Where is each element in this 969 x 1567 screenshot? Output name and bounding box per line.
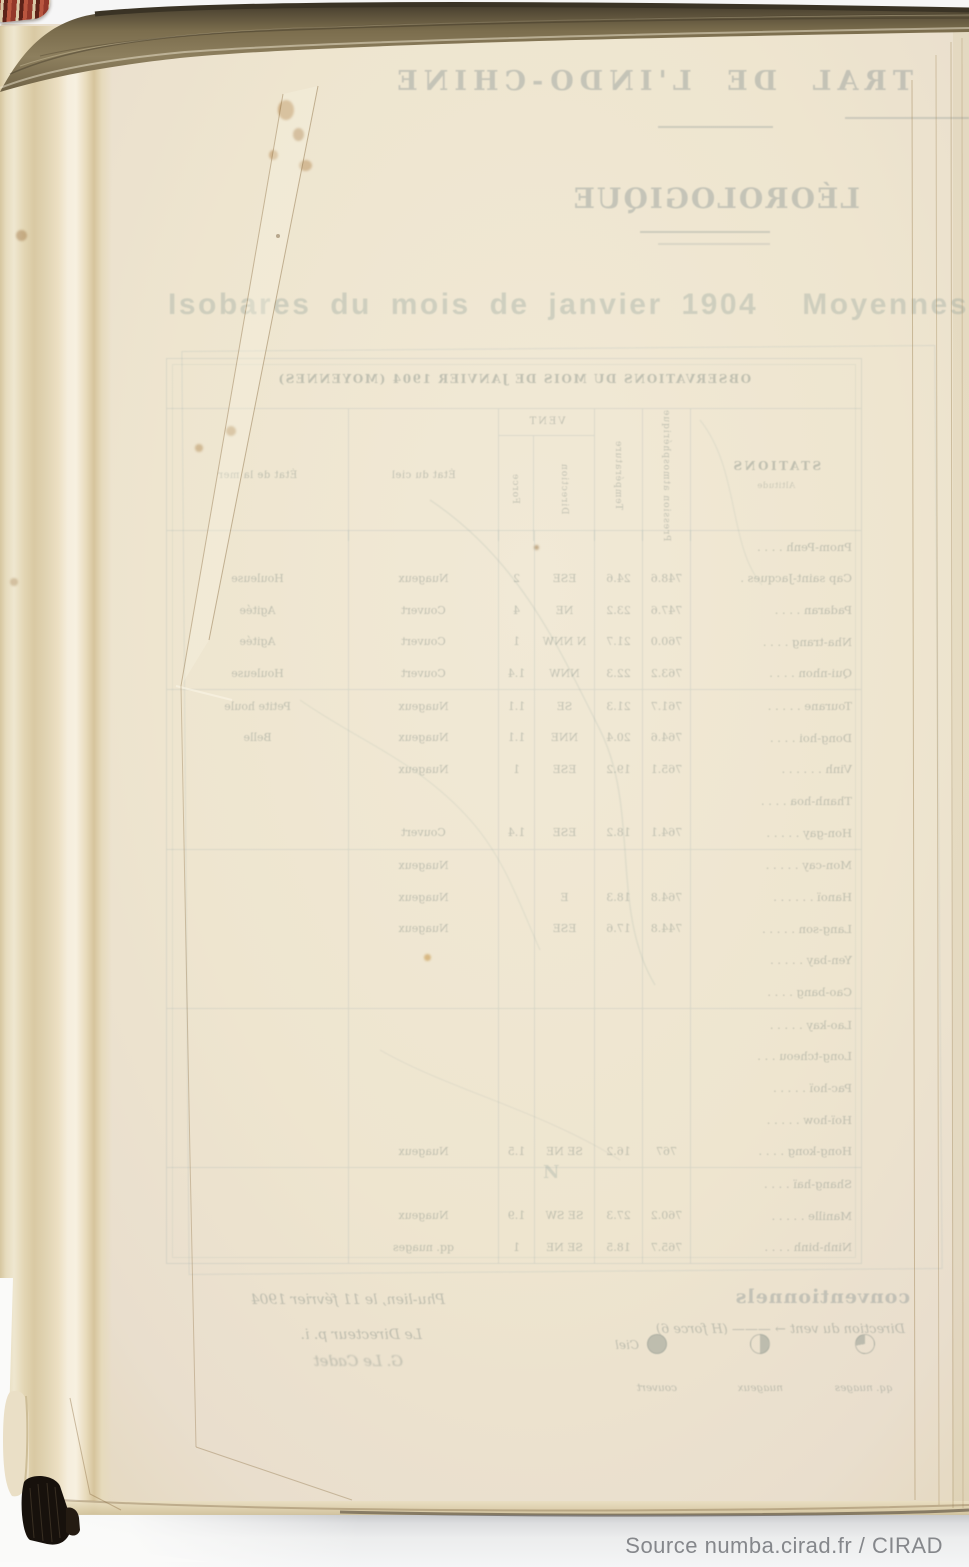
foxing-stain <box>16 230 27 241</box>
foxing-stain <box>269 150 278 160</box>
foxing-stain <box>293 128 304 141</box>
gutter-shading <box>0 26 112 1514</box>
foxing-stain <box>10 578 18 586</box>
foxing-stain <box>195 444 203 452</box>
blank-page <box>0 24 969 1514</box>
foxing-stain <box>226 426 236 436</box>
foxing-stain <box>424 954 431 961</box>
page-bottom-edge <box>60 1501 969 1515</box>
foxing-stain <box>299 160 312 171</box>
fore-edge-tint <box>953 30 969 1508</box>
foxing-stain <box>534 545 539 550</box>
foxing-stain <box>278 100 294 120</box>
headband <box>0 0 52 23</box>
scanned-book-page: Isobares du mois de janvier 1904 Moyenne… <box>0 0 969 1567</box>
foxing-stain <box>276 234 280 238</box>
source-watermark: Source numba.cirad.fr / CIRAD <box>625 1533 943 1559</box>
